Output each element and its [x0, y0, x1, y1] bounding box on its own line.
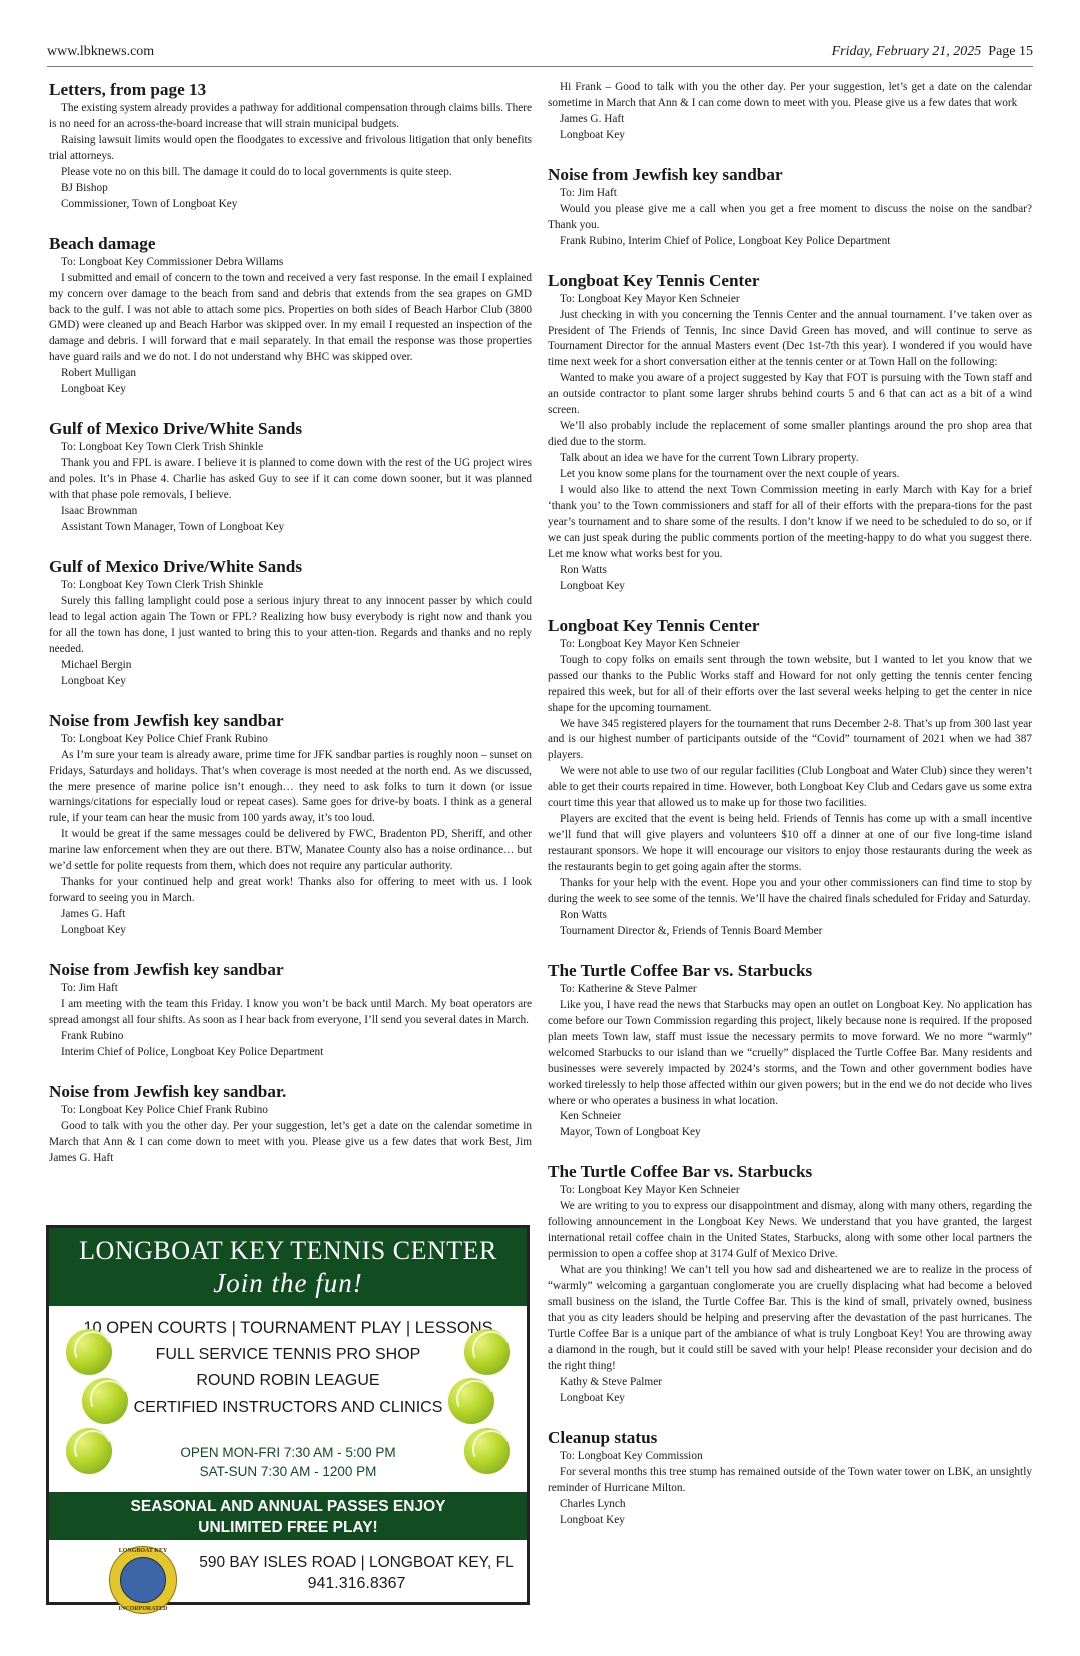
letter-headline: The Turtle Coffee Bar vs. Starbucks	[548, 1162, 1032, 1182]
letter-article: Noise from Jewfish key sandbar.To: Longb…	[49, 1082, 532, 1167]
letter-signature: Mayor, Town of Longboat Key	[548, 1125, 1032, 1141]
letter-signature: Ken Schneier	[548, 1109, 1032, 1125]
letter-article: Beach damageTo: Longboat Key Commissione…	[49, 234, 532, 399]
letter-signature: Michael Bergin	[49, 658, 532, 674]
ad-phone: 941.316.8367	[194, 1573, 519, 1594]
letter-recipient: To: Longboat Key Commission	[548, 1449, 1032, 1465]
letter-signature: BJ Bishop	[49, 181, 532, 197]
letter-paragraph: I would also like to attend the next Tow…	[548, 483, 1032, 563]
ad-hours: OPEN MON-FRI 7:30 AM - 5:00 PM SAT-SUN 7…	[49, 1443, 527, 1481]
letter-recipient: To: Longboat Key Town Clerk Trish Shinkl…	[49, 578, 532, 594]
letter-signature: Frank Rubino	[49, 1029, 532, 1045]
letter-paragraph: As I’m sure your team is already aware, …	[49, 748, 532, 828]
letter-signature: James G. Haft	[548, 112, 1032, 128]
site-url[interactable]: www.lbknews.com	[47, 44, 154, 60]
issue-date: Friday, February 21, 2025	[832, 44, 982, 59]
letter-signature: Longboat Key	[548, 1391, 1032, 1407]
letter-signature: Ron Watts	[548, 563, 1032, 579]
letter-headline: Beach damage	[49, 234, 532, 254]
seal-text-top: LONGBOAT KEY	[110, 1548, 176, 1554]
page-number: Page 15	[988, 44, 1033, 59]
ad-feature: 10 OPEN COURTS | TOURNAMENT PLAY | LESSO…	[49, 1315, 527, 1342]
letter-article: Hi Frank – Good to talk with you the oth…	[548, 80, 1032, 144]
letter-signature: Tournament Director &, Friends of Tennis…	[548, 924, 1032, 940]
letter-paragraph: Let you know some plans for the tourname…	[548, 467, 1032, 483]
letter-recipient: To: Longboat Key Mayor Ken Schneier	[548, 292, 1032, 308]
letter-recipient: To: Longboat Key Mayor Ken Schneier	[548, 637, 1032, 653]
letter-headline: The Turtle Coffee Bar vs. Starbucks	[548, 961, 1032, 981]
ad-passes-banner: SEASONAL AND ANNUAL PASSES ENJOY UNLIMIT…	[49, 1492, 527, 1540]
letter-recipient: To: Jim Haft	[548, 186, 1032, 202]
letter-recipient: To: Longboat Key Mayor Ken Schneier	[548, 1183, 1032, 1199]
letter-recipient: To: Longboat Key Police Chief Frank Rubi…	[49, 732, 532, 748]
letter-headline: Noise from Jewfish key sandbar	[49, 711, 532, 731]
letter-headline: Gulf of Mexico Drive/White Sands	[49, 557, 532, 577]
seal-center	[120, 1557, 166, 1603]
ad-feature: FULL SERVICE TENNIS PRO SHOP	[49, 1342, 527, 1369]
letter-recipient: To: Longboat Key Police Chief Frank Rubi…	[49, 1103, 532, 1119]
tennis-ball-icon	[464, 1428, 510, 1474]
letter-signature: Frank Rubino, Interim Chief of Police, L…	[548, 234, 1032, 250]
letter-paragraph: For several months this tree stump has r…	[548, 1465, 1032, 1497]
letter-paragraph: Thanks for your help with the event. Hop…	[548, 876, 1032, 908]
letter-recipient: To: Longboat Key Town Clerk Trish Shinkl…	[49, 440, 532, 456]
letter-recipient: To: Katherine & Steve Palmer	[548, 982, 1032, 998]
left-column: Letters, from page 13The existing system…	[49, 80, 532, 1188]
letter-article: Gulf of Mexico Drive/White SandsTo: Long…	[49, 419, 532, 536]
letter-headline: Letters, from page 13	[49, 80, 532, 100]
letter-paragraph: Like you, I have read the news that Star…	[548, 998, 1032, 1110]
letter-paragraph: Thank you and FPL is aware. I believe it…	[49, 456, 532, 504]
letter-paragraph: Raising lawsuit limits would open the fl…	[49, 133, 532, 165]
letter-paragraph: We have 345 registered players for the t…	[548, 717, 1032, 765]
letter-paragraph: The existing system already provides a p…	[49, 101, 532, 133]
letter-headline: Longboat Key Tennis Center	[548, 616, 1032, 636]
ad-tagline: Join the fun!	[49, 1268, 527, 1299]
letter-headline: Noise from Jewfish key sandbar	[49, 960, 532, 980]
letter-signature: Assistant Town Manager, Town of Longboat…	[49, 520, 532, 536]
letter-headline: Noise from Jewfish key sandbar	[548, 165, 1032, 185]
letter-paragraph: Hi Frank – Good to talk with you the oth…	[548, 80, 1032, 112]
letter-article: Noise from Jewfish key sandbarTo: Jim Ha…	[49, 960, 532, 1061]
letter-signature: Longboat Key	[49, 382, 532, 398]
issue-date-page: Friday, February 21, 2025 Page 15	[832, 44, 1033, 60]
letter-signature: Isaac Brownman	[49, 504, 532, 520]
tennis-center-advertisement: LONGBOAT KEY TENNIS CENTER Join the fun!…	[46, 1225, 530, 1605]
letter-paragraph: Just checking in with you concerning the…	[548, 308, 1032, 372]
ad-hours-weekend: SAT-SUN 7:30 AM - 1200 PM	[49, 1462, 527, 1481]
letter-signature: Commissioner, Town of Longboat Key	[49, 197, 532, 213]
tennis-ball-icon	[66, 1329, 112, 1375]
letter-article: Gulf of Mexico Drive/White SandsTo: Long…	[49, 557, 532, 690]
ad-address-block: 590 BAY ISLES ROAD | LONGBOAT KEY, FL 94…	[194, 1552, 519, 1594]
letter-paragraph: Players are excited that the event is be…	[548, 812, 1032, 876]
tennis-ball-icon	[82, 1378, 128, 1424]
town-seal-icon: LONGBOAT KEY INCORPORATED	[109, 1546, 177, 1614]
letter-paragraph: We were not able to use two of our regul…	[548, 764, 1032, 812]
letter-article: Cleanup statusTo: Longboat Key Commissio…	[548, 1428, 1032, 1529]
letter-paragraph: It would be great if the same messages c…	[49, 827, 532, 875]
letter-signature: Charles Lynch	[548, 1497, 1032, 1513]
letter-signature: Longboat Key	[49, 923, 532, 939]
letter-paragraph: We’ll also probably include the replacem…	[548, 419, 1032, 451]
letter-signature: Ron Watts	[548, 908, 1032, 924]
letter-article: The Turtle Coffee Bar vs. StarbucksTo: L…	[548, 1162, 1032, 1406]
letter-article: The Turtle Coffee Bar vs. StarbucksTo: K…	[548, 961, 1032, 1142]
letter-article: Noise from Jewfish key sandbarTo: Jim Ha…	[548, 165, 1032, 250]
letter-article: Longboat Key Tennis CenterTo: Longboat K…	[548, 616, 1032, 940]
letter-recipient: To: Jim Haft	[49, 981, 532, 997]
letter-paragraph: Wanted to make you aware of a project su…	[548, 371, 1032, 419]
right-column: Hi Frank – Good to talk with you the oth…	[548, 80, 1032, 1549]
page-header: www.lbknews.com Friday, February 21, 202…	[47, 42, 1033, 67]
letter-headline: Longboat Key Tennis Center	[548, 271, 1032, 291]
letter-paragraph: Would you please give me a call when you…	[548, 202, 1032, 234]
ad-title: LONGBOAT KEY TENNIS CENTER	[49, 1228, 527, 1266]
letter-article: Letters, from page 13The existing system…	[49, 80, 532, 213]
ad-contact: LONGBOAT KEY INCORPORATED 590 BAY ISLES …	[49, 1540, 527, 1602]
letter-paragraph: We are writing to you to express our dis…	[548, 1199, 1032, 1263]
ad-header: LONGBOAT KEY TENNIS CENTER Join the fun!	[49, 1228, 527, 1306]
letter-signature: Longboat Key	[548, 579, 1032, 595]
letter-signature: Longboat Key	[548, 128, 1032, 144]
ad-address: 590 BAY ISLES ROAD | LONGBOAT KEY, FL	[194, 1552, 519, 1573]
letter-paragraph: Good to talk with you the other day. Per…	[49, 1119, 532, 1167]
ad-hours-weekday: OPEN MON-FRI 7:30 AM - 5:00 PM	[49, 1443, 527, 1462]
letter-paragraph: Thanks for your continued help and great…	[49, 875, 532, 907]
letter-signature: Robert Mulligan	[49, 366, 532, 382]
tennis-ball-icon	[448, 1378, 494, 1424]
ad-passes-line: SEASONAL AND ANNUAL PASSES ENJOY	[49, 1496, 527, 1517]
letter-paragraph: Please vote no on this bill. The damage …	[49, 165, 532, 181]
letter-headline: Gulf of Mexico Drive/White Sands	[49, 419, 532, 439]
ad-passes-line: UNLIMITED FREE PLAY!	[49, 1517, 527, 1538]
letter-signature: Kathy & Steve Palmer	[548, 1375, 1032, 1391]
tennis-ball-icon	[464, 1329, 510, 1375]
letter-signature: James G. Haft	[49, 907, 532, 923]
seal-text-bottom: INCORPORATED	[110, 1606, 176, 1612]
letter-article: Longboat Key Tennis CenterTo: Longboat K…	[548, 271, 1032, 595]
tennis-ball-icon	[66, 1428, 112, 1474]
letter-paragraph: Surely this falling lamplight could pose…	[49, 594, 532, 658]
letter-paragraph: I submitted and email of concern to the …	[49, 271, 532, 367]
letter-signature: Longboat Key	[49, 674, 532, 690]
letter-headline: Noise from Jewfish key sandbar.	[49, 1082, 532, 1102]
letter-paragraph: Tough to copy folks on emails sent throu…	[548, 653, 1032, 717]
letter-recipient: To: Longboat Key Commissioner Debra Will…	[49, 255, 532, 271]
letter-headline: Cleanup status	[548, 1428, 1032, 1448]
letter-paragraph: What are you thinking! We can’t tell you…	[548, 1263, 1032, 1375]
letter-signature: Longboat Key	[548, 1513, 1032, 1529]
letter-paragraph: Talk about an idea we have for the curre…	[548, 451, 1032, 467]
letter-article: Noise from Jewfish key sandbarTo: Longbo…	[49, 711, 532, 939]
letter-paragraph: I am meeting with the team this Friday. …	[49, 997, 532, 1029]
letter-signature: Interim Chief of Police, Longboat Key Po…	[49, 1045, 532, 1061]
